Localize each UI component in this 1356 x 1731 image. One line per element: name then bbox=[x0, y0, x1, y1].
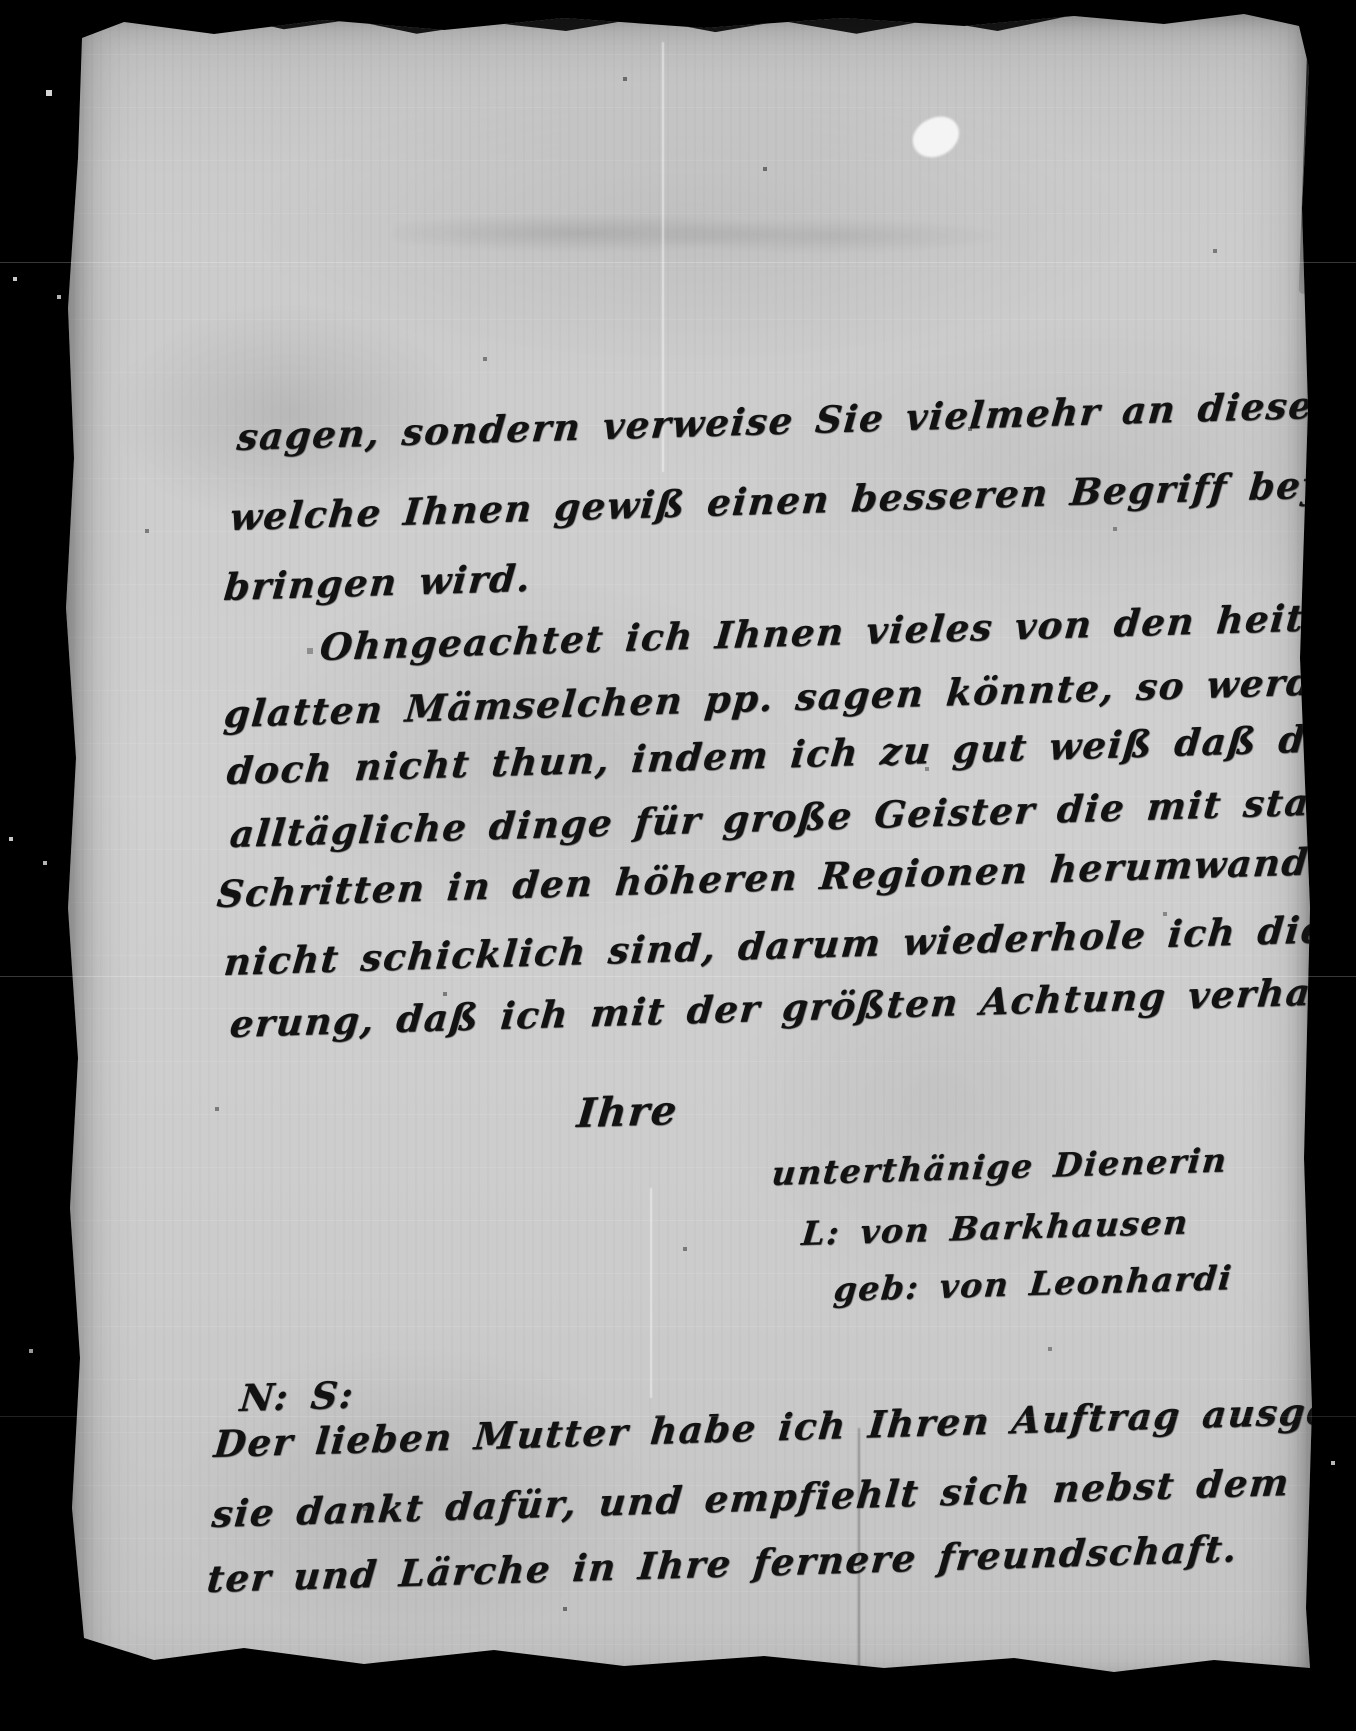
postscript-label: N: S: bbox=[238, 1372, 356, 1420]
scan-streak bbox=[0, 976, 1356, 977]
paper-specks bbox=[64, 8, 66, 10]
handwritten-line: Ohngeachtet ich Ihnen vieles von den hei… bbox=[318, 593, 1356, 669]
paper-white-spot bbox=[906, 110, 965, 164]
signature-line: geb: von Leonhardi bbox=[832, 1258, 1234, 1309]
handwritten-line: erung, daß ich mit der größten Achtung v… bbox=[228, 968, 1356, 1046]
signature-line: unterthänige Dienerin bbox=[770, 1140, 1229, 1193]
signature-line: L: von Barkhausen bbox=[800, 1202, 1191, 1253]
handwritten-line: nicht schicklich sind, darum wiederhole … bbox=[222, 901, 1356, 984]
letter-scan: sagen, sondern verweise Sie vielmehr an … bbox=[0, 0, 1356, 1731]
handwritten-line: bringen wird. bbox=[222, 556, 533, 609]
handwritten-line: sie dankt dafür, und empfiehlt sich nebs… bbox=[210, 1453, 1356, 1536]
ink-bleedthrough-smudge bbox=[394, 203, 1014, 263]
handwritten-line: sagen, sondern verweise Sie vielmehr an … bbox=[235, 380, 1356, 459]
valediction: Ihre bbox=[575, 1087, 680, 1137]
scan-streak bbox=[0, 1416, 1356, 1417]
handwritten-line: ter und Lärche in Ihre fernere freundsch… bbox=[205, 1526, 1240, 1601]
handwritten-line: welche Ihnen gewiß einen besseren Begrif… bbox=[228, 462, 1338, 539]
scan-streak bbox=[0, 262, 1356, 263]
paper-crease bbox=[650, 1188, 652, 1398]
handwritten-line: Der lieben Mutter habe ich Ihren Auftrag… bbox=[212, 1384, 1356, 1466]
border-specks bbox=[0, 0, 2, 2]
